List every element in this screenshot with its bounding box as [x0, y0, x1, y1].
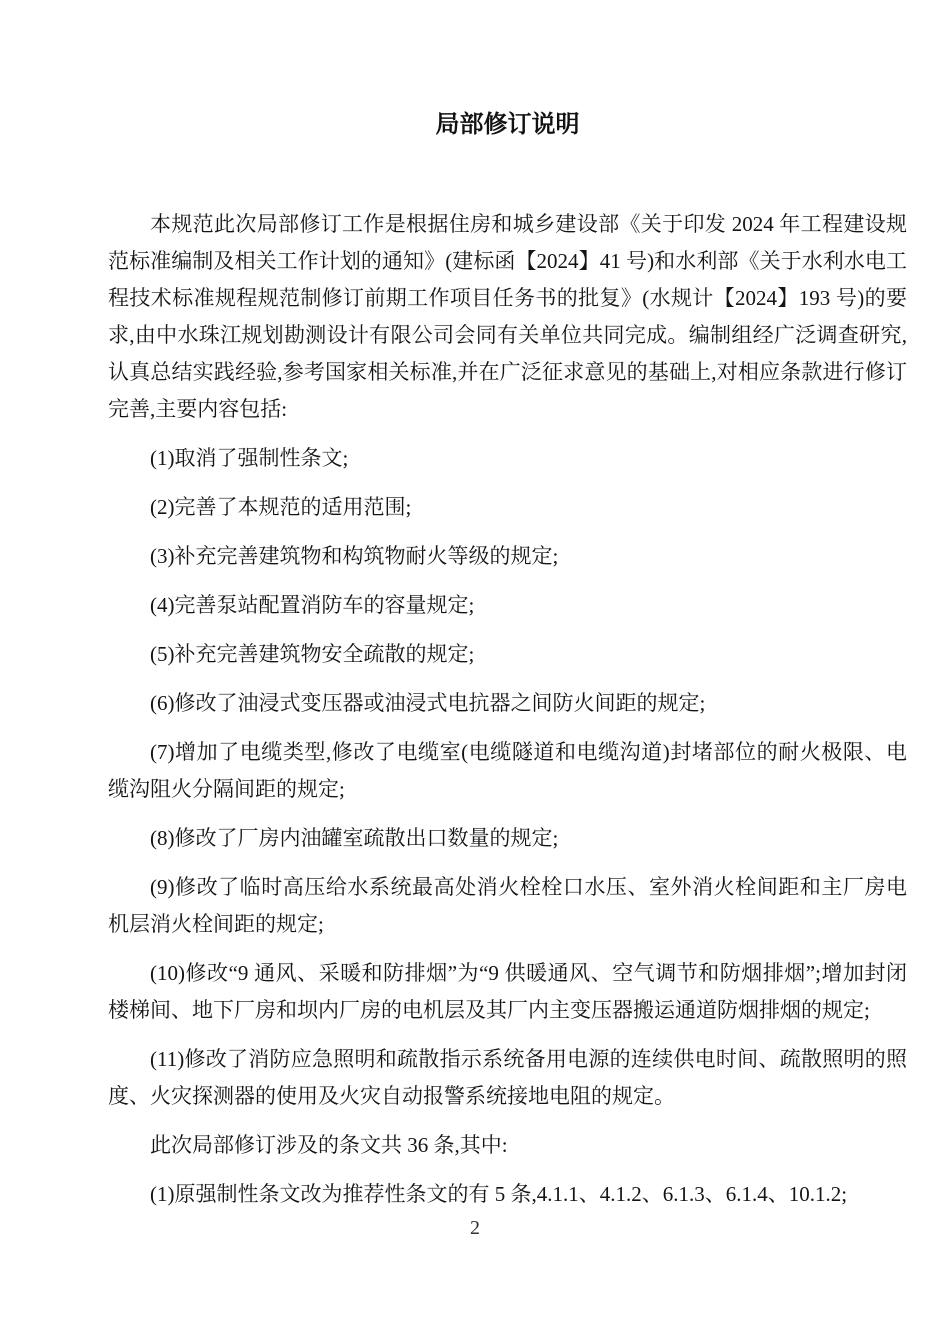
revision-item-8: (8)修改了厂房内油罐室疏散出口数量的规定; — [108, 820, 907, 857]
revision-item-4: (4)完善泵站配置消防车的容量规定; — [108, 587, 907, 624]
recommended-items-paragraph: (1)原强制性条文改为推荐性条文的有 5 条,4.1.1、4.1.2、6.1.3… — [108, 1176, 907, 1213]
page-number: 2 — [470, 1217, 480, 1239]
intro-paragraph: 本规范此次局部修订工作是根据住房和城乡建设部《关于印发 2024 年工程建设规范… — [108, 206, 907, 428]
revision-item-7: (7)增加了电缆类型,修改了电缆室(电缆隧道和电缆沟道)封堵部位的耐火极限、电缆… — [108, 734, 907, 808]
document-page: 局部修订说明 本规范此次局部修订工作是根据住房和城乡建设部《关于印发 2024 … — [0, 0, 950, 1344]
revision-item-3: (3)补充完善建筑物和构筑物耐火等级的规定; — [108, 538, 907, 575]
page-title: 局部修订说明 — [108, 110, 907, 140]
page-footer: 2 — [0, 1216, 950, 1240]
revision-item-9: (9)修改了临时高压给水系统最高处消火栓栓口水压、室外消火栓间距和主厂房电机层消… — [108, 869, 907, 943]
revision-item-6: (6)修改了油浸式变压器或油浸式电抗器之间防火间距的规定; — [108, 685, 907, 722]
revision-item-1: (1)取消了强制性条文; — [108, 440, 907, 477]
revision-item-11: (11)修改了消防应急照明和疏散指示系统备用电源的连续供电时间、疏散照明的照度、… — [108, 1041, 907, 1115]
article-count-paragraph: 此次局部修订涉及的条文共 36 条,其中: — [108, 1127, 907, 1164]
revision-item-2: (2)完善了本规范的适用范围; — [108, 489, 907, 526]
document-body: 本规范此次局部修订工作是根据住房和城乡建设部《关于印发 2024 年工程建设规范… — [108, 206, 907, 1213]
revision-item-10: (10)修改“9 通风、采暖和防排烟”为“9 供暖通风、空气调节和防烟排烟”;增… — [108, 955, 907, 1029]
revision-item-5: (5)补充完善建筑物安全疏散的规定; — [108, 636, 907, 673]
